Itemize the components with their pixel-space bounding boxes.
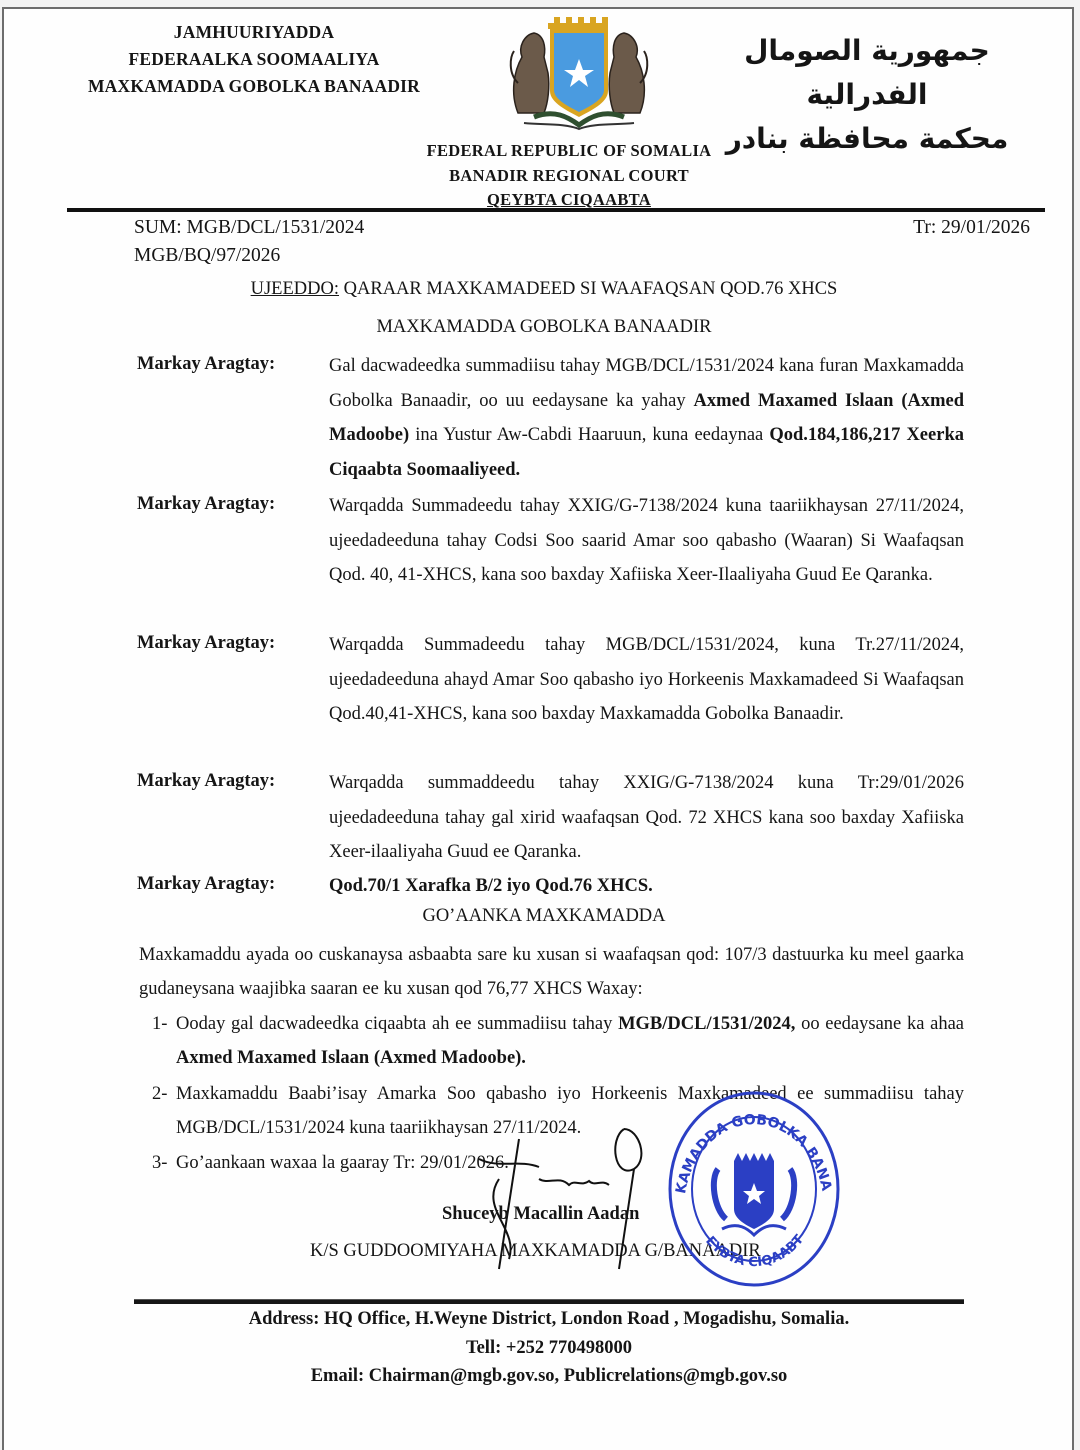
decision-item-number: 3- bbox=[152, 1146, 167, 1180]
header-divider bbox=[67, 208, 1045, 212]
consideration-text: Warqadda summaddeedu tahay XXIG/G-7138/2… bbox=[329, 766, 964, 870]
decision-intro: Maxkamaddu ayada oo cuskanaysa asbaabta … bbox=[139, 938, 964, 1006]
consideration-text: Warqadda Summadeedu tahay MGB/DCL/1531/2… bbox=[329, 628, 964, 732]
subject-text: QARAAR MAXKAMADEED SI WAAFAQSAN QOD.76 X… bbox=[339, 279, 837, 299]
consideration-label: Markay Aragtay: bbox=[137, 494, 275, 515]
decision-item-number: 2- bbox=[152, 1077, 167, 1111]
header-left-line-2: FEDERAALKA SOOMAALIYA bbox=[44, 46, 464, 73]
header-center-line-1: FEDERAL REPUBLIC OF SOMALIA bbox=[304, 139, 834, 164]
sum-reference: SUM: MGB/DCL/1531/2024 bbox=[134, 214, 364, 242]
footer-divider bbox=[134, 1299, 964, 1304]
decision-item-text: Ooday gal dacwadeedka ciqaabta ah ee sum… bbox=[176, 1007, 964, 1075]
consideration-label: Markay Aragtay: bbox=[137, 354, 275, 375]
decision-heading: GO’AANKA MAXKAMADDA bbox=[104, 906, 984, 927]
consideration-label: Markay Aragtay: bbox=[137, 633, 275, 654]
header-left-line-1: JAMHUURIYADDA bbox=[44, 19, 464, 46]
subject-label: UJEEDDO: bbox=[251, 279, 339, 299]
reference-block: SUM: MGB/DCL/1531/2024 MGB/BQ/97/2026 bbox=[134, 214, 364, 270]
footer-phone: Tell: +252 770498000 bbox=[134, 1334, 964, 1363]
consideration-text: Qod.70/1 Xarafka B/2 iyo Qod.76 XHCS. bbox=[329, 869, 964, 904]
header-somali: JAMHUURIYADDA FEDERAALKA SOOMAALIYA MAXK… bbox=[44, 19, 464, 100]
consideration-text: Gal dacwadeedka summadiisu tahay MGB/DCL… bbox=[329, 349, 964, 487]
document-date: Tr: 29/01/2026 bbox=[913, 214, 1030, 242]
bq-reference: MGB/BQ/97/2026 bbox=[134, 242, 364, 270]
consideration-label: Markay Aragtay: bbox=[137, 771, 275, 792]
header-center-line-2: BANADIR REGIONAL COURT bbox=[304, 164, 834, 189]
court-stamp-icon: MAXKAMADDA GOBOLKA BANAADIR QEYBTA CIQAA… bbox=[664, 1079, 844, 1289]
footer-contact: Address: HQ Office, H.Weyne District, Lo… bbox=[134, 1305, 964, 1391]
decision-item-number: 1- bbox=[152, 1007, 167, 1041]
court-document-page: JAMHUURIYADDA FEDERAALKA SOOMAALIYA MAXK… bbox=[2, 7, 1074, 1450]
somalia-coat-of-arms-icon bbox=[504, 13, 654, 137]
header-right-line-1: جمهورية الصومال الفدرالية bbox=[702, 29, 1032, 117]
footer-address: Address: HQ Office, H.Weyne District, Lo… bbox=[134, 1305, 964, 1334]
consideration-label: Markay Aragtay: bbox=[137, 874, 275, 895]
subject-line: UJEEDDO: QARAAR MAXKAMADEED SI WAAFAQSAN… bbox=[104, 279, 984, 300]
header-english: FEDERAL REPUBLIC OF SOMALIA BANADIR REGI… bbox=[304, 139, 834, 213]
court-heading: MAXKAMADDA GOBOLKA BANAADIR bbox=[104, 317, 984, 338]
consideration-text: Warqadda Summadeedu tahay XXIG/G-7138/20… bbox=[329, 489, 964, 593]
header-left-line-3: MAXKAMADDA GOBOLKA BANAADIR bbox=[44, 73, 464, 100]
signatory-name: Shuceyb Macallin Aadan bbox=[442, 1204, 639, 1225]
footer-email: Email: Chairman@mgb.gov.so, Publicrelati… bbox=[134, 1362, 964, 1391]
